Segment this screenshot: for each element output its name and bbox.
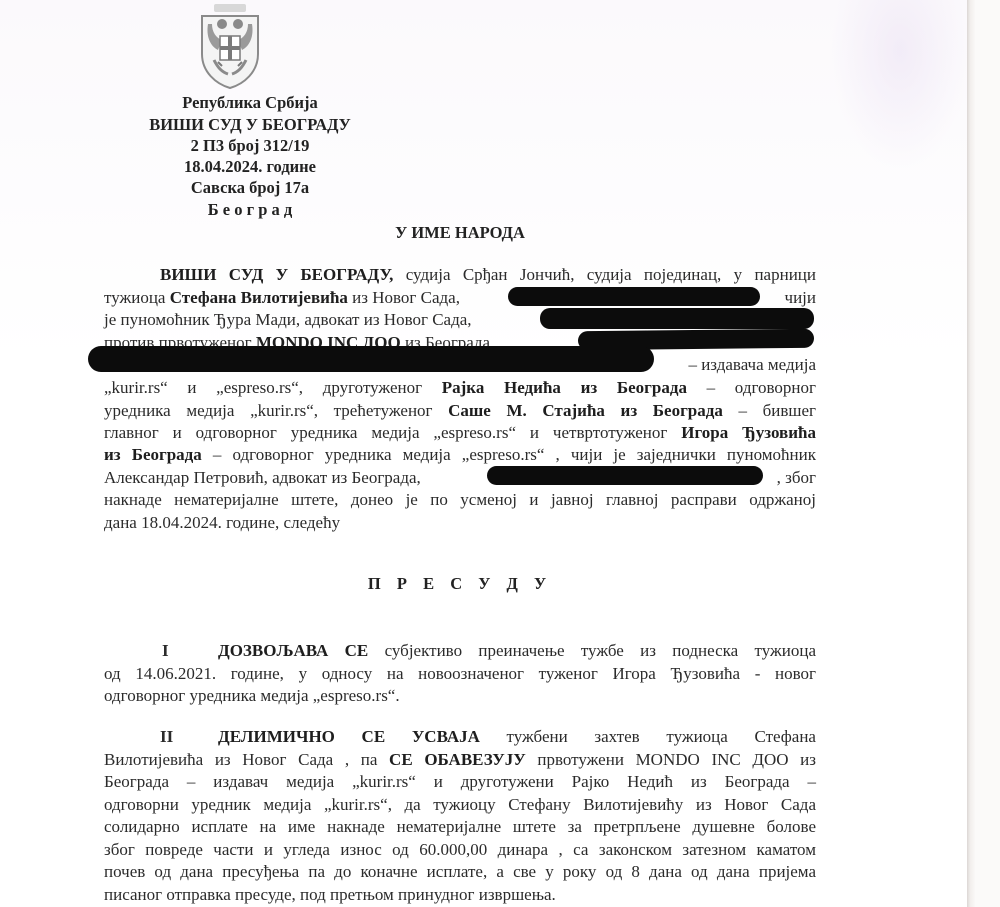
fourth-defendant-city: из Београда: [104, 445, 202, 464]
header-country: Република Србија: [100, 93, 400, 113]
redaction-bar: [508, 287, 760, 306]
section-text: солидарно исплате на име накнаде нематер…: [104, 817, 816, 836]
intro-line-9: из Београда – одговорног уредника медија…: [104, 444, 816, 465]
intro-text: дана 18.04.2024. године, следећу: [104, 513, 340, 532]
paper-tint: [830, 0, 970, 170]
fourth-defendant-name: Игора Ђузовића: [681, 423, 816, 442]
section-1-ruling: ДОЗВОЉАВА СЕ: [218, 641, 368, 660]
intro-text: чији: [785, 287, 816, 308]
section-1-line-2: од 14.06.2021. године, у односу на новоо…: [104, 663, 816, 684]
section-2-number: II: [160, 726, 190, 747]
section-1-number: I: [162, 640, 192, 661]
third-defendant-name: Саше М. Стајића из Београда: [448, 401, 723, 420]
redaction-bar: [487, 466, 763, 485]
intro-text: – издавача медија: [688, 355, 816, 374]
serbian-coat-of-arms-icon: [192, 2, 268, 90]
redaction-bar: [88, 346, 654, 372]
section-text: од 14.06.2021. године, у односу на новоо…: [104, 664, 816, 683]
section-text: Вилотијевића из Новог Сада , па: [104, 750, 389, 769]
section-text: одговорни уредник медија „kurir.rs“, да …: [104, 795, 816, 814]
intro-line-8: главног и одговорног уредника медија „es…: [104, 422, 816, 443]
section-2-line-1: ДЕЛИМИЧНО СЕ УСВАЈА тужбени захтев тужио…: [218, 726, 816, 747]
intro-text: – одговорног: [687, 378, 816, 397]
intro-line-1: ВИШИ СУД У БЕОГРАДУ, судија Срђан Јончић…: [160, 264, 816, 285]
section-1-line-1: ДОЗВОЉАВА СЕ субјективо преиначење тужбе…: [218, 640, 816, 661]
section-text: првотужени MONDO INC ДОО из: [526, 750, 816, 769]
intro-text: – одговорног уредника медија „espreso.rs…: [202, 445, 816, 464]
intro-line-11: накнаде нематеријалне штете, донео је по…: [104, 489, 816, 510]
section-2-line-2: Вилотијевића из Новог Сада , па СЕ ОБАВЕ…: [104, 749, 816, 770]
intro-text: – бившег: [723, 401, 816, 420]
second-defendant-name: Рајка Недића из Београда: [442, 378, 687, 397]
intro-text: судија Срђан Јончић, судија појединац, у…: [393, 265, 816, 284]
section-2-line-3: Београда – издавач медија „kurir.rs“ и д…: [104, 771, 816, 792]
header-city: Б е о г р а д: [100, 200, 400, 220]
intro-text: Александар Петровић, адвокат из Београда…: [104, 468, 421, 487]
section-2-line-8: писаног отправка пресуде, под претњом пр…: [104, 884, 816, 905]
verdict-title: П Р Е С У Д У: [360, 574, 560, 594]
section-text: Београда – издавач медија „kurir.rs“ и д…: [104, 772, 816, 791]
intro-text: је пуномоћник Ђура Мади, адвокат из Ново…: [104, 310, 472, 329]
intro-text: из Новог Сада,: [348, 288, 460, 307]
document-title: У ИМЕ НАРОДА: [370, 223, 550, 243]
section-2-obligation: СЕ ОБАВЕЗУЈУ: [389, 750, 526, 769]
intro-text: „kurir.rs“ и „espreso.rs“, друготуженог: [104, 378, 442, 397]
intro-text: тужиоца: [104, 288, 170, 307]
header-date: 18.04.2024. године: [100, 157, 400, 177]
section-text: одговорног уредника медија „espreso.rs“.: [104, 686, 400, 705]
plaintiff-name: Стефана Вилотијевића: [170, 288, 348, 307]
section-text: због повреде части и угледа износ од 60.…: [104, 840, 816, 859]
section-text: писаног отправка пресуде, под претњом пр…: [104, 885, 556, 904]
section-2-line-5: солидарно исплате на име накнаде нематер…: [104, 816, 816, 837]
section-2-line-4: одговорни уредник медија „kurir.rs“, да …: [104, 794, 816, 815]
court-name: ВИШИ СУД У БЕОГРАДУ,: [160, 265, 393, 284]
header-address: Савска број 17а: [100, 178, 400, 198]
intro-line-12: дана 18.04.2024. године, следећу: [104, 512, 816, 533]
header-court: ВИШИ СУД У БЕОГРАДУ: [100, 115, 400, 135]
redaction-bar: [540, 308, 814, 329]
intro-text: главног и одговорног уредника медија „es…: [104, 423, 681, 442]
page-edge-shadow: [967, 0, 975, 907]
section-text: субјективо преиначење тужбе из поднеска …: [368, 641, 816, 660]
section-text: почев од дана пресуђења па до коначне ис…: [104, 862, 816, 881]
intro-text: уредника медија „kurir.rs“, трећетуженог: [104, 401, 448, 420]
intro-line-6: „kurir.rs“ и „espreso.rs“, друготуженог …: [104, 377, 816, 398]
section-2-line-6: због повреде части и угледа износ од 60.…: [104, 839, 816, 860]
background-margin: [975, 0, 1000, 907]
document-page: Република Србија ВИШИ СУД У БЕОГРАДУ 2 П…: [0, 0, 1000, 907]
intro-text: , због: [777, 467, 816, 488]
intro-text: накнаде нематеријалне штете, донео је по…: [104, 490, 816, 509]
section-text: тужбени захтев тужиоца Стефана: [480, 727, 816, 746]
section-2-line-7: почев од дана пресуђења па до коначне ис…: [104, 861, 816, 882]
header-case-number: 2 П3 број 312/19: [100, 136, 400, 156]
section-1-line-3: одговорног уредника медија „espreso.rs“.: [104, 685, 816, 706]
section-2-ruling: ДЕЛИМИЧНО СЕ УСВАЈА: [218, 727, 480, 746]
intro-line-7: уредника медија „kurir.rs“, трећетуженог…: [104, 400, 816, 421]
